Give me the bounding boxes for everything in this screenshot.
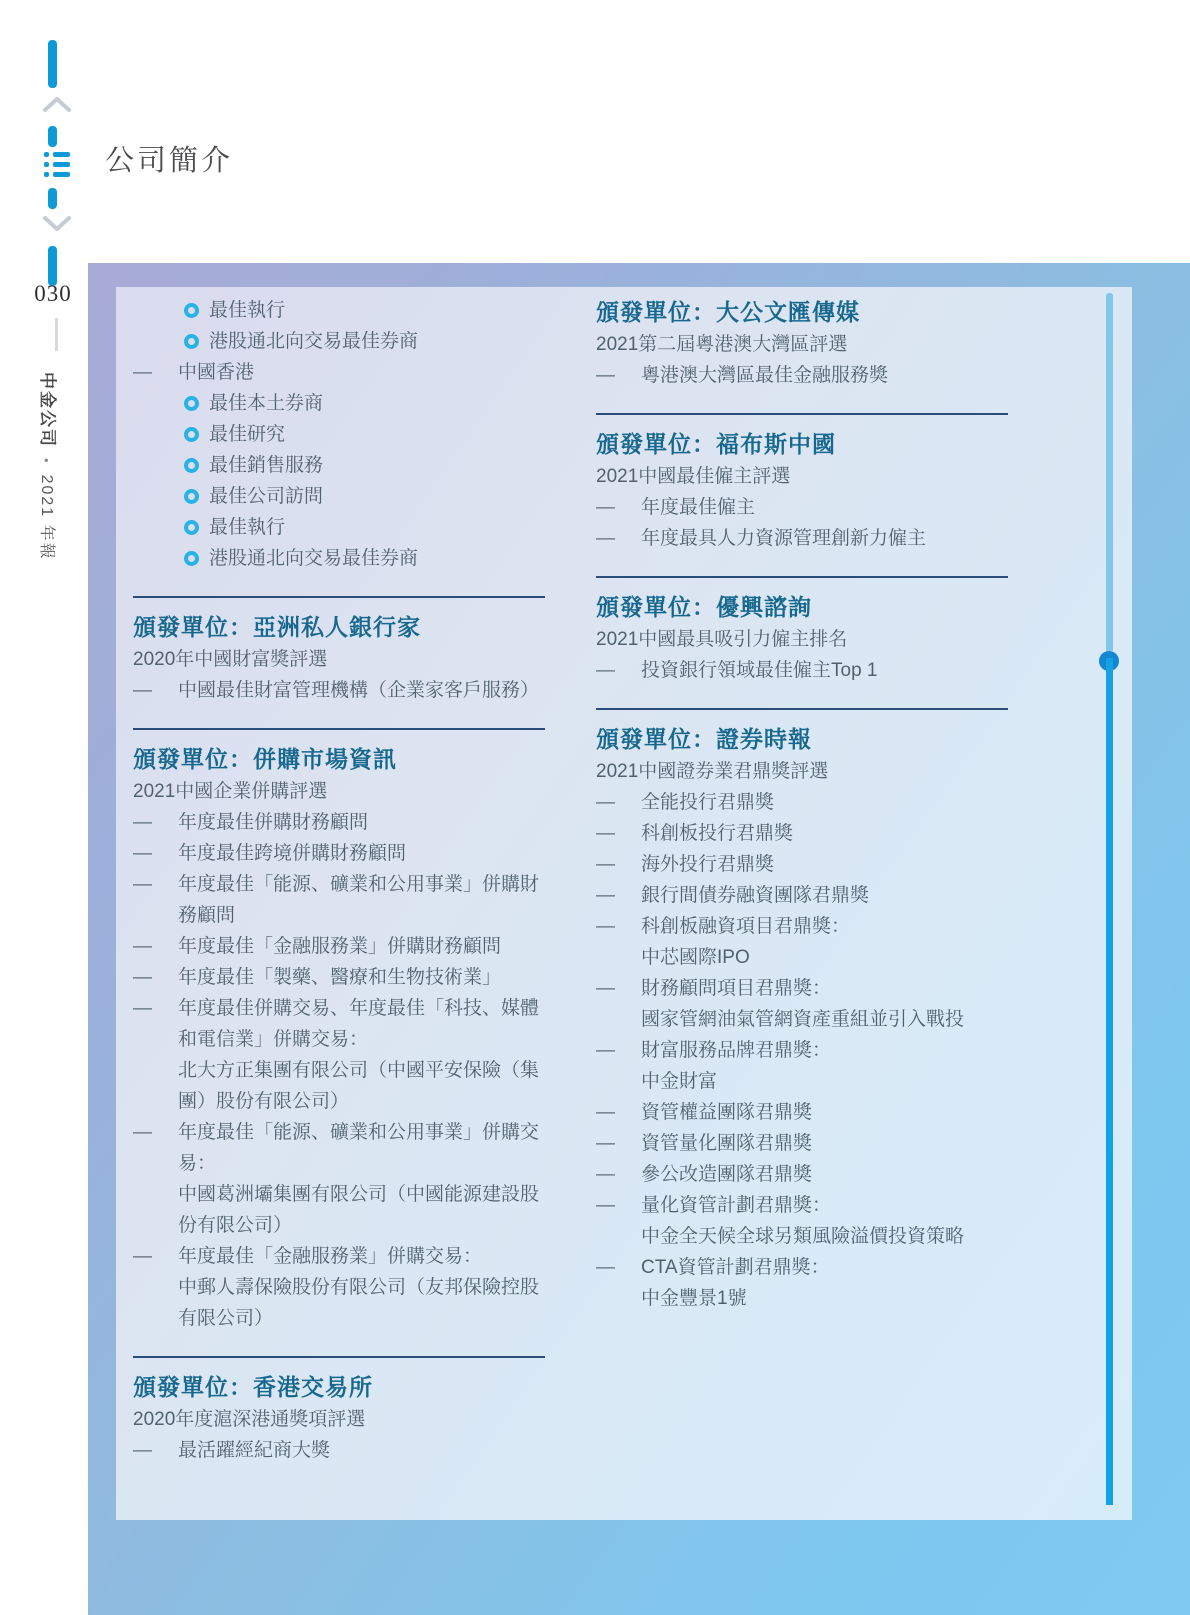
dash-marker: —: [596, 360, 615, 391]
rail-bar-upper: [48, 126, 57, 147]
award-item: —年度最佳僱主: [596, 492, 1008, 523]
award-item: —財務顧問項目君鼎獎：國家管網油氣管網資產重組並引入戰投: [596, 973, 1008, 1035]
award-item: —年度最佳併購交易、年度最佳「科技、媒體和電信業」併購交易：北大方正集團有限公司…: [133, 993, 545, 1117]
award-section: 頒發單位：優興諮詢2021中國最具吸引力僱主排名—投資銀行領域最佳僱主Top 1: [596, 576, 1008, 686]
bullet-circle-icon: [184, 303, 199, 318]
dash-marker: —: [133, 931, 152, 962]
section-title: 頒發單位：亞洲私人銀行家: [133, 610, 545, 644]
award-item: 港股通北向交易最佳券商: [133, 326, 545, 357]
award-item: 最佳本土券商: [133, 388, 545, 419]
award-item-line: 資管權益團隊君鼎獎: [641, 1097, 1008, 1128]
award-section: 頒發單位：香港交易所2020年度滬深港通獎項評選—最活躍經紀商大獎: [133, 1356, 545, 1466]
award-item-line: 年度最佳併購財務顧問: [178, 807, 545, 838]
award-section: 頒發單位：併購市場資訊2021中國企業併購評選—年度最佳併購財務顧問—年度最佳跨…: [133, 728, 545, 1334]
award-item-line: 年度最佳「能源、礦業和公用事業」併購財務顧問: [178, 869, 545, 931]
dash-marker: —: [133, 1241, 152, 1272]
award-item: —科創板融資項目君鼎獎：中芯國際IPO: [596, 911, 1008, 973]
section-subtitle: 2021中國最佳僱主評選: [596, 461, 1008, 492]
page-number-tick: [55, 318, 58, 351]
award-item-line: 年度最佳僱主: [641, 492, 1008, 523]
award-item: 最佳執行: [133, 295, 545, 326]
dash-marker: —: [133, 1117, 152, 1148]
award-item-line: 粵港澳大灣區最佳金融服務獎: [641, 360, 1008, 391]
award-item: —科創板投行君鼎獎: [596, 818, 1008, 849]
award-item: —資管量化團隊君鼎獎: [596, 1128, 1008, 1159]
award-item: —年度最佳「能源、礦業和公用事業」併購交易：中國葛洲壩集團有限公司（中國能源建設…: [133, 1117, 545, 1241]
bullet-circle-icon: [184, 520, 199, 535]
award-list: —最活躍經紀商大獎: [133, 1435, 545, 1466]
dash-marker: —: [596, 1035, 615, 1066]
dash-marker: —: [596, 655, 615, 686]
award-item-line: 年度最佳「金融服務業」併購財務顧問: [178, 931, 545, 962]
award-list: —年度最佳併購財務顧問—年度最佳跨境併購財務顧問—年度最佳「能源、礦業和公用事業…: [133, 807, 545, 1334]
section-title: 頒發單位：優興諮詢: [596, 590, 1008, 624]
award-item: —年度最具人力資源管理創新力僱主: [596, 523, 1008, 554]
award-item-line: 港股通北向交易最佳券商: [209, 326, 545, 357]
award-item-line: 中金全天候全球另類風險溢價投資策略: [641, 1221, 1008, 1252]
dash-marker: —: [596, 973, 615, 1004]
section-title: 頒發單位：福布斯中國: [596, 427, 1008, 461]
menu-list-icon[interactable]: [44, 152, 70, 178]
award-item-line: 最佳公司訪問: [209, 481, 545, 512]
section-title: 頒發單位：併購市場資訊: [133, 742, 545, 776]
award-item-line: 最佳研究: [209, 419, 545, 450]
award-item: —全能投行君鼎獎: [596, 787, 1008, 818]
award-list: —投資銀行領域最佳僱主Top 1: [596, 655, 1008, 686]
award-item: 最佳執行: [133, 512, 545, 543]
section-subtitle: 2020年中國財富獎評選: [133, 644, 545, 675]
award-item-line: 中金豐景1號: [641, 1283, 1008, 1314]
award-item: —資管權益團隊君鼎獎: [596, 1097, 1008, 1128]
award-list: —中國最佳財富管理機構（企業家客戶服務）: [133, 675, 545, 706]
award-item: 最佳研究: [133, 419, 545, 450]
rail-bar-top: [48, 40, 57, 88]
chevron-down-icon[interactable]: [43, 216, 71, 232]
awards-panel: 最佳執行港股通北向交易最佳券商—中國香港最佳本土券商最佳研究最佳銷售服務最佳公司…: [88, 263, 1190, 1615]
dash-marker: —: [133, 993, 152, 1024]
award-item-line: 年度最佳「金融服務業」併購交易：: [178, 1241, 545, 1272]
section-subtitle: 2020年度滬深港通獎項評選: [133, 1404, 545, 1435]
award-item-line: 國家管網油氣管網資產重組並引入戰投: [641, 1004, 1008, 1035]
brand-name: 中金公司: [38, 372, 57, 448]
dash-marker: —: [133, 1435, 152, 1466]
dash-marker: —: [133, 807, 152, 838]
award-item-line: 最佳執行: [209, 512, 545, 543]
award-item-line: CTA資管計劃君鼎獎：: [641, 1252, 1008, 1283]
awards-column-right: 頒發單位：大公文匯傳媒2021第二屆粵港澳大灣區評選—粵港澳大灣區最佳金融服務獎…: [596, 295, 1008, 1466]
award-list: 最佳執行港股通北向交易最佳券商—中國香港最佳本土券商最佳研究最佳銷售服務最佳公司…: [133, 295, 545, 574]
page-title: 公司簡介: [105, 138, 233, 179]
award-item: —財富服務品牌君鼎獎：中金財富: [596, 1035, 1008, 1097]
dash-marker: —: [133, 869, 152, 900]
award-item: —中國香港: [133, 357, 545, 388]
dash-marker: —: [596, 880, 615, 911]
dash-marker: —: [133, 675, 152, 706]
award-item: —銀行間債券融資團隊君鼎獎: [596, 880, 1008, 911]
award-item: —年度最佳併購財務顧問: [133, 807, 545, 838]
award-item: —中國最佳財富管理機構（企業家客戶服務）: [133, 675, 545, 706]
award-list: —粵港澳大灣區最佳金融服務獎: [596, 360, 1008, 391]
award-item: —CTA資管計劃君鼎獎：中金豐景1號: [596, 1252, 1008, 1314]
award-item-line: 銀行間債券融資團隊君鼎獎: [641, 880, 1008, 911]
dash-marker: —: [596, 1252, 615, 1283]
award-section: 頒發單位：福布斯中國2021中國最佳僱主評選—年度最佳僱主—年度最具人力資源管理…: [596, 413, 1008, 554]
section-subtitle: 2021中國企業併購評選: [133, 776, 545, 807]
bullet-circle-icon: [184, 489, 199, 504]
award-item-line: 中國最佳財富管理機構（企業家客戶服務）: [178, 675, 545, 706]
section-subtitle: 2021中國最具吸引力僱主排名: [596, 624, 1008, 655]
award-item-line: 港股通北向交易最佳券商: [209, 543, 545, 574]
award-section: 頒發單位：大公文匯傳媒2021第二屆粵港澳大灣區評選—粵港澳大灣區最佳金融服務獎: [596, 295, 1008, 391]
award-item-line: 財富服務品牌君鼎獎：: [641, 1035, 1008, 1066]
dash-marker: —: [133, 838, 152, 869]
section-title: 頒發單位：大公文匯傳媒: [596, 295, 1008, 329]
award-item: 港股通北向交易最佳券商: [133, 543, 545, 574]
award-item-line: 中金財富: [641, 1066, 1008, 1097]
award-item: —投資銀行領域最佳僱主Top 1: [596, 655, 1008, 686]
page-number: 030: [30, 281, 76, 307]
award-item-line: 投資銀行領域最佳僱主Top 1: [641, 655, 1008, 686]
award-item: 最佳公司訪問: [133, 481, 545, 512]
award-item-line: 科創板融資項目君鼎獎：: [641, 911, 1008, 942]
award-item-line: 北大方正集團有限公司（中國平安保險（集團）股份有限公司）: [178, 1055, 545, 1117]
report-year: 2021 年報: [38, 475, 55, 561]
dash-marker: —: [596, 818, 615, 849]
dash-marker: —: [596, 911, 615, 942]
dash-marker: —: [596, 849, 615, 880]
rail-bar-lower: [48, 188, 57, 209]
award-item-line: 中國香港: [178, 357, 545, 388]
award-item-line: 中國葛洲壩集團有限公司（中國能源建設股份有限公司）: [178, 1179, 545, 1241]
award-item-line: 中郵人壽保險股份有限公司（友邦保險控股有限公司）: [178, 1272, 545, 1334]
award-item: —年度最佳「金融服務業」併購財務顧問: [133, 931, 545, 962]
award-item: —粵港澳大灣區最佳金融服務獎: [596, 360, 1008, 391]
timeline-track-lower: [1106, 658, 1113, 1505]
dash-marker: —: [596, 787, 615, 818]
section-title: 頒發單位：證券時報: [596, 722, 1008, 756]
award-item-line: 年度最佳併購交易、年度最佳「科技、媒體和電信業」併購交易：: [178, 993, 545, 1055]
bullet-circle-icon: [184, 396, 199, 411]
dash-marker: —: [596, 1097, 615, 1128]
rail-bar-bottom: [48, 246, 57, 286]
award-item: —年度最佳「製藥、醫療和生物技術業」: [133, 962, 545, 993]
brand-separator: •: [39, 448, 54, 475]
award-item-line: 最佳執行: [209, 295, 545, 326]
awards-column-left: 最佳執行港股通北向交易最佳券商—中國香港最佳本土券商最佳研究最佳銷售服務最佳公司…: [133, 295, 545, 1466]
award-item: —最活躍經紀商大獎: [133, 1435, 545, 1466]
award-item: —參公改造團隊君鼎獎: [596, 1159, 1008, 1190]
award-item-line: 財務顧問項目君鼎獎：: [641, 973, 1008, 1004]
award-item: —年度最佳「能源、礦業和公用事業」併購財務顧問: [133, 869, 545, 931]
section-subtitle: 2021中國證券業君鼎獎評選: [596, 756, 1008, 787]
award-item: —年度最佳「金融服務業」併購交易：中郵人壽保險股份有限公司（友邦保險控股有限公司…: [133, 1241, 545, 1334]
award-item-line: 年度最具人力資源管理創新力僱主: [641, 523, 1008, 554]
award-item-line: 年度最佳跨境併購財務顧問: [178, 838, 545, 869]
award-item-line: 最活躍經紀商大獎: [178, 1435, 545, 1466]
dash-marker: —: [596, 523, 615, 554]
award-item-line: 科創板投行君鼎獎: [641, 818, 1008, 849]
section-title: 頒發單位：香港交易所: [133, 1370, 545, 1404]
award-item-line: 資管量化團隊君鼎獎: [641, 1128, 1008, 1159]
dash-marker: —: [133, 962, 152, 993]
dash-marker: —: [596, 1128, 615, 1159]
dash-marker: —: [596, 492, 615, 523]
award-item-line: 量化資管計劃君鼎獎：: [641, 1190, 1008, 1221]
award-item: 最佳銷售服務: [133, 450, 545, 481]
award-item: —年度最佳跨境併購財務顧問: [133, 838, 545, 869]
timeline-track-upper: [1106, 293, 1113, 651]
award-item-line: 參公改造團隊君鼎獎: [641, 1159, 1008, 1190]
dash-marker: —: [596, 1190, 615, 1221]
award-list: —年度最佳僱主—年度最具人力資源管理創新力僱主: [596, 492, 1008, 554]
award-item-line: 全能投行君鼎獎: [641, 787, 1008, 818]
award-item: —量化資管計劃君鼎獎：中金全天候全球另類風險溢價投資策略: [596, 1190, 1008, 1252]
bullet-circle-icon: [184, 427, 199, 442]
award-item-line: 最佳本土券商: [209, 388, 545, 419]
awards-inner-panel: 最佳執行港股通北向交易最佳券商—中國香港最佳本土券商最佳研究最佳銷售服務最佳公司…: [116, 287, 1132, 1520]
award-item-line: 中芯國際IPO: [641, 942, 1008, 973]
award-item-line: 最佳銷售服務: [209, 450, 545, 481]
award-section: 頒發單位：亞洲私人銀行家2020年中國財富獎評選—中國最佳財富管理機構（企業家客…: [133, 596, 545, 706]
award-item: —海外投行君鼎獎: [596, 849, 1008, 880]
bullet-circle-icon: [184, 334, 199, 349]
award-section: 頒發單位：證券時報2021中國證券業君鼎獎評選—全能投行君鼎獎—科創板投行君鼎獎…: [596, 708, 1008, 1314]
awards-columns: 最佳執行港股通北向交易最佳券商—中國香港最佳本土券商最佳研究最佳銷售服務最佳公司…: [133, 295, 1008, 1466]
award-item-line: 年度最佳「製藥、醫療和生物技術業」: [178, 962, 545, 993]
vertical-brand-text: 中金公司•2021 年報: [37, 372, 62, 561]
dash-marker: —: [133, 357, 152, 388]
award-list: —全能投行君鼎獎—科創板投行君鼎獎—海外投行君鼎獎—銀行間債券融資團隊君鼎獎—科…: [596, 787, 1008, 1314]
chevron-up-icon[interactable]: [43, 96, 71, 112]
bullet-circle-icon: [184, 458, 199, 473]
award-item-line: 年度最佳「能源、礦業和公用事業」併購交易：: [178, 1117, 545, 1179]
section-subtitle: 2021第二屆粵港澳大灣區評選: [596, 329, 1008, 360]
award-item-line: 海外投行君鼎獎: [641, 849, 1008, 880]
dash-marker: —: [596, 1159, 615, 1190]
bullet-circle-icon: [184, 551, 199, 566]
left-rail: 030 中金公司•2021 年報: [0, 0, 88, 1615]
